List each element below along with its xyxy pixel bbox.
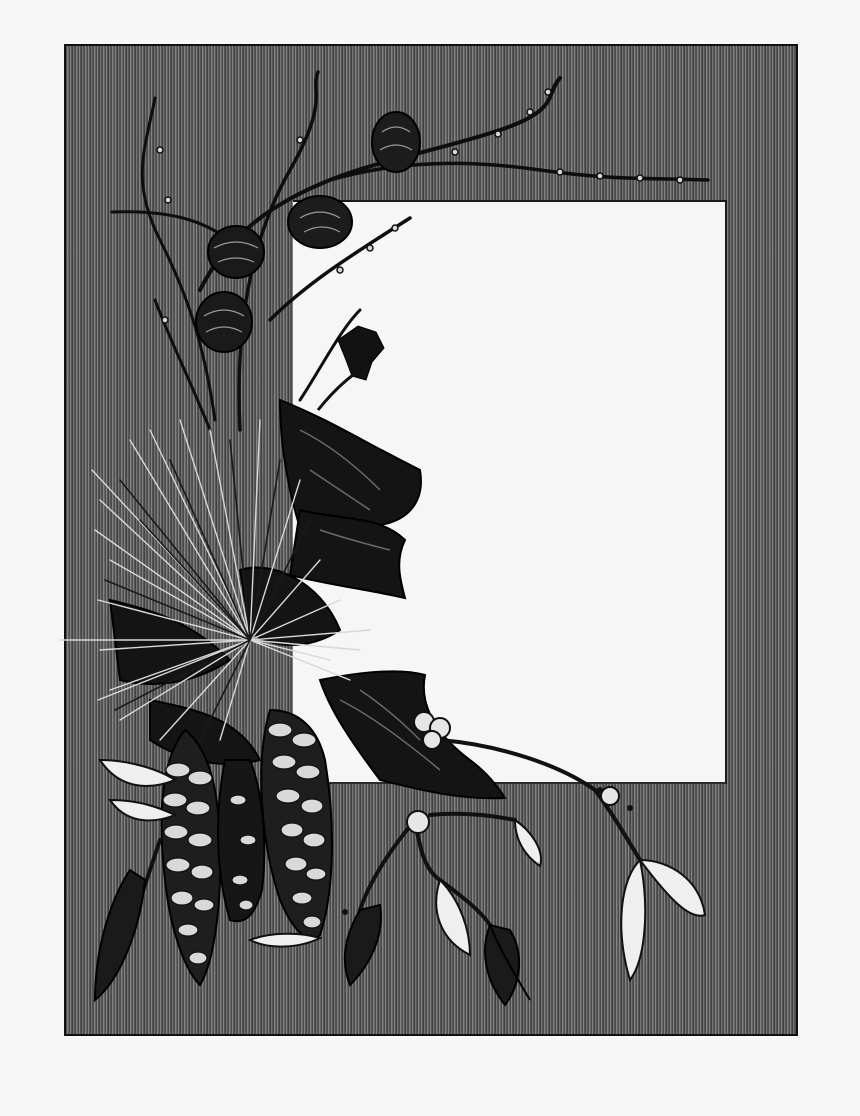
botanical-bouquet xyxy=(0,0,860,1116)
mistletoe-stem-dots xyxy=(342,787,633,915)
violet-flower xyxy=(318,326,384,410)
